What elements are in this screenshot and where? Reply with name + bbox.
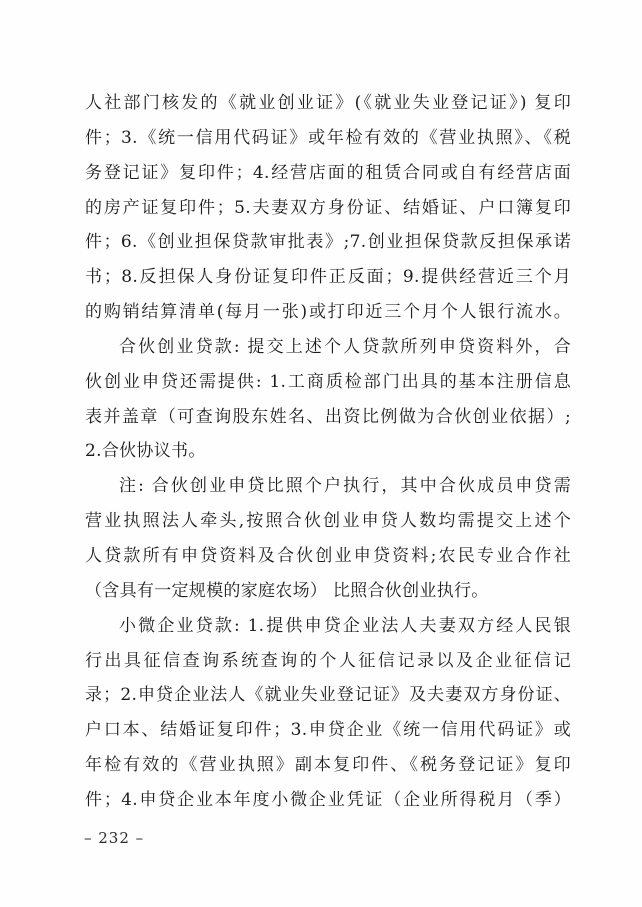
text-line: 户口本、结婚证复印件；3.申贷企业《统一信用代码证》或 <box>85 713 571 748</box>
text-line: 人贷款所有申贷资料及合伙创业申贷资料;农民专业合作社 <box>85 539 571 574</box>
text-line: 合伙创业贷款: 提交上述个人贷款所列申贷资料外，合 <box>85 330 571 365</box>
text-line: 年检有效的《营业执照》副本复印件、《税务登记证》复印 <box>85 748 571 783</box>
text-line: 人社部门核发的《就业创业证》(《就业失业登记证》) 复印 <box>85 86 571 121</box>
text-line: 的房产证复印件；5.夫妻双方身份证、结婚证、户口簿复印 <box>85 191 571 226</box>
text-line: 伙创业申贷还需提供: 1.工商质检部门出具的基本注册信息 <box>85 365 571 400</box>
text-line: 小微企业贷款: 1.提供申贷企业法人夫妻双方经人民银 <box>85 609 571 644</box>
text-line: 的购销结算清单(每月一张)或打印近三个月个人银行流水。 <box>85 295 571 330</box>
text-block: 人社部门核发的《就业创业证》(《就业失业登记证》) 复印件；3.《统一信用代码证… <box>85 86 571 818</box>
text-line: 书；8.反担保人身份证复印件正反面；9.提供经营近三个月 <box>85 260 571 295</box>
text-line: 营业执照法人牵头,按照合伙创业申贷人数均需提交上述个 <box>85 504 571 539</box>
text-line: 件；6.《创业担保贷款审批表》;7.创业担保贷款反担保承诺 <box>85 225 571 260</box>
text-line: 表并盖章（可查询股东姓名、出资比例做为合伙创业依据）; <box>85 400 571 435</box>
text-line: （含具有一定规模的家庭农场） 比照合伙创业执行。 <box>85 574 571 609</box>
text-line: 2.合伙协议书。 <box>85 434 571 469</box>
text-line: 件；4.申贷企业本年度小微企业凭证（企业所得税月（季） <box>85 783 571 818</box>
text-line: 录；2.申贷企业法人《就业失业登记证》及夫妻双方身份证、 <box>85 678 571 713</box>
document-page: 人社部门核发的《就业创业证》(《就业失业登记证》) 复印件；3.《统一信用代码证… <box>0 0 642 907</box>
text-line: 件；3.《统一信用代码证》或年检有效的《营业执照》、《税 <box>85 121 571 156</box>
text-line: 行出具征信查询系统查询的个人征信记录以及企业征信记 <box>85 644 571 679</box>
text-line: 务登记证》复印件；4.经营店面的租赁合同或自有经营店面 <box>85 156 571 191</box>
text-line: 注: 合伙创业申贷比照个户执行，其中合伙成员申贷需 <box>85 469 571 504</box>
page-number: – 232 – <box>84 827 144 849</box>
